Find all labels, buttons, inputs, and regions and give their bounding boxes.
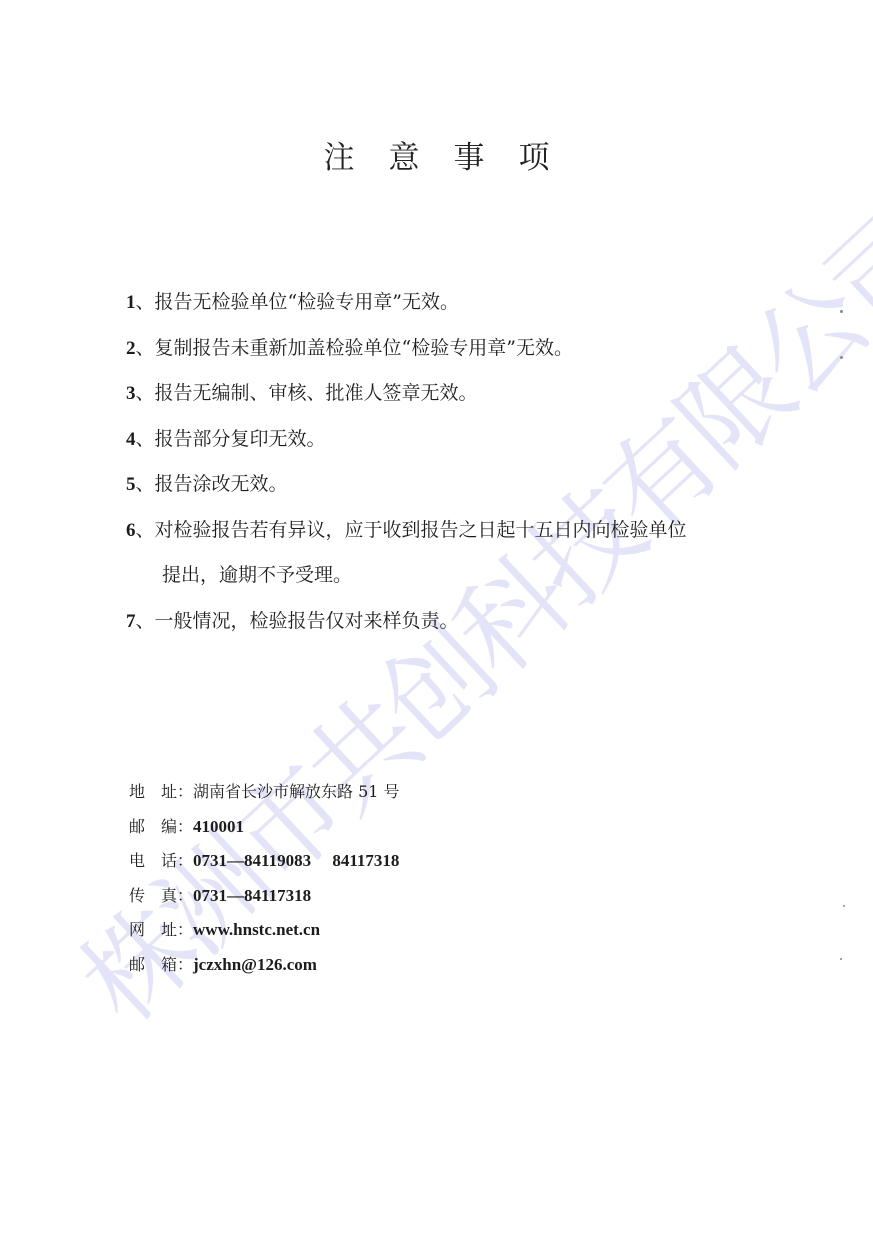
notice-text: 报告涂改无效。: [155, 473, 288, 495]
contact-label: 地: [129, 775, 161, 810]
contact-postcode: 邮编：410001: [129, 810, 629, 845]
notice-item-2: 2、复制报告未重新加盖检验单位“检验专用章”无效。: [126, 326, 826, 372]
contact-address-value: 湖南省长沙市解放东路 51 号: [193, 782, 400, 801]
contact-label: 箱：: [161, 948, 193, 983]
notice-separator: 、: [136, 519, 155, 541]
contact-email-value: jczxhn@126.com: [193, 955, 317, 974]
contact-fax: 传真：0731—84117318: [129, 879, 629, 914]
contact-address: 地址：湖南省长沙市解放东路 51 号: [129, 775, 629, 810]
notice-item-5: 5、报告涂改无效。: [126, 462, 826, 508]
notice-item-1: 1、报告无检验单位“检验专用章”无效。: [126, 280, 826, 326]
contact-label: 网: [129, 913, 161, 948]
notice-number: 4: [126, 429, 136, 450]
notice-text: 报告无检验单位“检验专用章”无效。: [155, 291, 459, 313]
contact-fax-value: 0731—84117318: [193, 886, 311, 905]
page-title: 注意事项: [0, 132, 873, 177]
notice-number: 3: [126, 383, 136, 404]
notice-text: 一般情况，检验报告仅对来样负责。: [155, 610, 459, 632]
contact-phone-value: 0731—84119083 84117318: [193, 851, 399, 870]
scan-speck: [840, 356, 843, 359]
notice-item-6-continuation: 提出，逾期不予受理。: [126, 553, 826, 599]
notice-item-4: 4、报告部分复印无效。: [126, 417, 826, 463]
contact-info: 地址：湖南省长沙市解放东路 51 号 邮编：410001 电话：0731—841…: [129, 775, 629, 982]
contact-label: 邮: [129, 810, 161, 845]
notice-item-7: 7、一般情况，检验报告仅对来样负责。: [126, 599, 826, 645]
notice-separator: 、: [136, 428, 155, 450]
page-content: 注意事项 1、报告无检验单位“检验专用章”无效。 2、复制报告未重新加盖检验单位…: [0, 0, 873, 1235]
notice-number: 5: [126, 474, 136, 495]
contact-label: 编：: [161, 810, 193, 845]
contact-phone: 电话：0731—84119083 84117318: [129, 844, 629, 879]
contact-label: 话：: [161, 844, 193, 879]
contact-label: 邮: [129, 948, 161, 983]
notice-text: 对检验报告若有异议，应于收到报告之日起十五日内向检验单位: [155, 519, 687, 541]
contact-website-value: www.hnstc.net.cn: [193, 920, 320, 939]
contact-email: 邮箱：jczxhn@126.com: [129, 948, 629, 983]
scan-speck: [840, 958, 842, 960]
notice-separator: 、: [136, 473, 155, 495]
contact-label: 电: [129, 844, 161, 879]
notice-separator: 、: [136, 291, 155, 313]
notice-separator: 、: [136, 382, 155, 404]
scan-speck: [843, 905, 845, 907]
notice-item-3: 3、报告无编制、审核、批准人签章无效。: [126, 371, 826, 417]
contact-label: 传: [129, 879, 161, 914]
notice-number: 7: [126, 611, 136, 632]
notice-text: 报告部分复印无效。: [155, 428, 326, 450]
notice-number: 2: [126, 338, 136, 359]
contact-postcode-value: 410001: [193, 817, 244, 836]
contact-label: 真：: [161, 879, 193, 914]
notice-list: 1、报告无检验单位“检验专用章”无效。 2、复制报告未重新加盖检验单位“检验专用…: [126, 280, 826, 644]
contact-website: 网址：www.hnstc.net.cn: [129, 913, 629, 948]
notice-number: 6: [126, 520, 136, 541]
contact-label: 址：: [161, 913, 193, 948]
notice-number: 1: [126, 292, 136, 313]
notice-text: 报告无编制、审核、批准人签章无效。: [155, 382, 478, 404]
notice-text: 复制报告未重新加盖检验单位“检验专用章”无效。: [155, 337, 573, 359]
contact-label: 址：: [161, 775, 193, 810]
notice-separator: 、: [136, 337, 155, 359]
scan-speck: [840, 310, 843, 313]
notice-item-6: 6、对检验报告若有异议，应于收到报告之日起十五日内向检验单位: [126, 508, 826, 554]
notice-separator: 、: [136, 610, 155, 632]
document-page: 株洲市共创科技有限公司 注意事项 1、报告无检验单位“检验专用章”无效。 2、复…: [0, 0, 873, 1235]
